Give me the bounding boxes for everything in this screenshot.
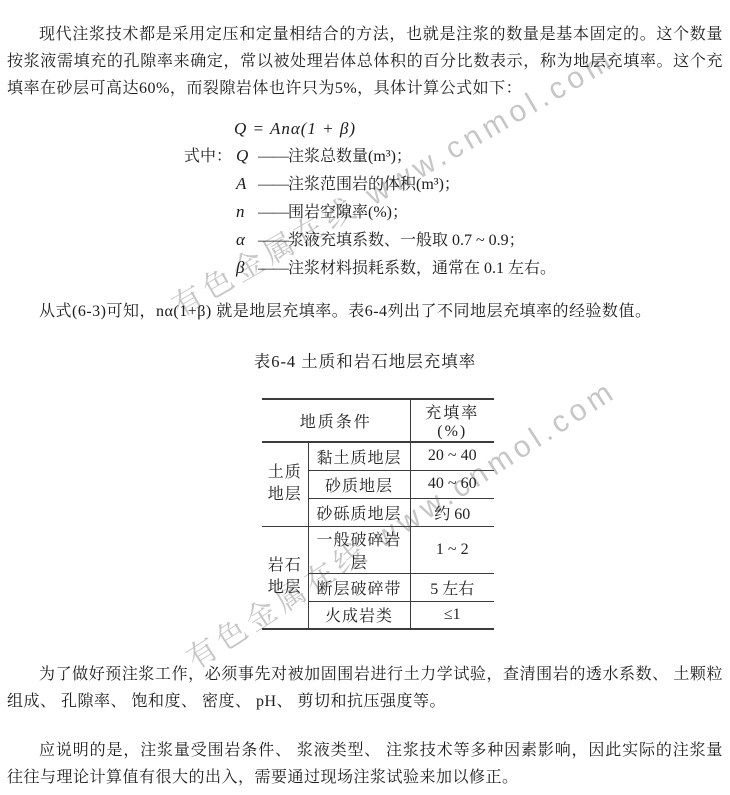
cell-value: ≤1	[410, 601, 494, 629]
cell-type: 砂质地层	[308, 470, 410, 498]
paragraph-reference: 从式(6-3)可知，nα(1+β) 就是地层充填率。表6-4列出了不同地层充填率…	[7, 298, 723, 325]
cell-type: 火成岩类	[308, 601, 410, 629]
symbol-alpha: α	[236, 226, 258, 253]
paragraph-intro: 现代注浆技术都是采用定压和定量相结合的方法，也就是注浆的数量是基本固定的。这个数…	[7, 21, 723, 102]
cell-type: 砂砾质地层	[308, 498, 410, 526]
group-rock-strata: 岩石地层	[262, 526, 308, 629]
definition-row-beta: β —— 注浆材料损耗系数，通常在 0.1 左右。	[184, 254, 723, 282]
cell-value: 40 ~ 60	[410, 470, 494, 498]
cell-type: 黏土质地层	[308, 442, 410, 470]
cell-type: 断层破碎带	[308, 573, 410, 601]
table-header-row: 地质条件 充填率(%)	[262, 399, 494, 442]
table-row: 岩石地层 一般破碎岩层 1 ~ 2	[262, 526, 494, 573]
dash: ——	[258, 255, 288, 282]
symbol-a: A	[236, 170, 258, 197]
group-soil-strata: 土质地层	[262, 442, 308, 526]
dash: ——	[258, 171, 288, 198]
paragraph-note: 应说明的是，注浆量受围岩条件、 浆液类型、 注浆技术等多种因素影响，因此实际的注…	[7, 737, 723, 791]
header-fill-rate: 充填率(%)	[410, 399, 494, 442]
cell-value: 20 ~ 40	[410, 442, 494, 470]
cell-value: 约 60	[410, 498, 494, 526]
header-geological-condition: 地质条件	[262, 399, 410, 442]
where-label: 式中：	[184, 143, 236, 170]
definition-row-q: 式中： Q —— 注浆总数量(m³)；	[184, 142, 723, 170]
symbol-q: Q	[236, 142, 258, 169]
document-page: 有色金属在线 www.cnmol.com 有色金属在线 www.cnmol.co…	[0, 0, 730, 795]
definition-row-a: A —— 注浆范围岩的体积(m³)；	[184, 170, 723, 198]
cell-value: 1 ~ 2	[410, 526, 494, 573]
definition-text: 注浆总数量(m³)；	[288, 143, 412, 170]
symbol-n: n	[236, 198, 258, 225]
definition-text: 浆液充填系数、一般取 0.7 ~ 0.9；	[288, 227, 525, 254]
definition-row-n: n —— 围岩空隙率(%)；	[184, 198, 723, 226]
dash: ——	[258, 143, 288, 170]
dash: ——	[258, 199, 288, 226]
paragraph-pregrouting: 为了做好预注浆工作，必须事先对被加固围岩进行土力学试验，查清围岩的透水系数、 土…	[7, 661, 723, 715]
document-content: 现代注浆技术都是采用定压和定量相结合的方法，也就是注浆的数量是基本固定的。这个数…	[0, 0, 730, 791]
definition-row-alpha: α —— 浆液充填系数、一般取 0.7 ~ 0.9；	[184, 226, 723, 254]
table-row: 土质地层 黏土质地层 20 ~ 40	[262, 442, 494, 470]
table-title: 表6-4 土质和岩石地层充填率	[7, 348, 723, 372]
cell-value: 5 左右	[410, 573, 494, 601]
fill-rate-table: 地质条件 充填率(%) 土质地层 黏土质地层 20 ~ 40 砂质地层 40 ~…	[262, 398, 494, 630]
definition-text: 注浆材料损耗系数，通常在 0.1 左右。	[288, 255, 556, 282]
definition-text: 注浆范围岩的体积(m³)；	[288, 171, 460, 198]
dash: ——	[258, 227, 288, 254]
equation: Q = Anα(1 + β)	[234, 115, 723, 142]
formula-block: Q = Anα(1 + β) 式中： Q —— 注浆总数量(m³)； A —— …	[7, 115, 723, 282]
symbol-beta: β	[236, 254, 258, 281]
cell-type: 一般破碎岩层	[308, 526, 410, 573]
definition-text: 围岩空隙率(%)；	[288, 199, 408, 226]
